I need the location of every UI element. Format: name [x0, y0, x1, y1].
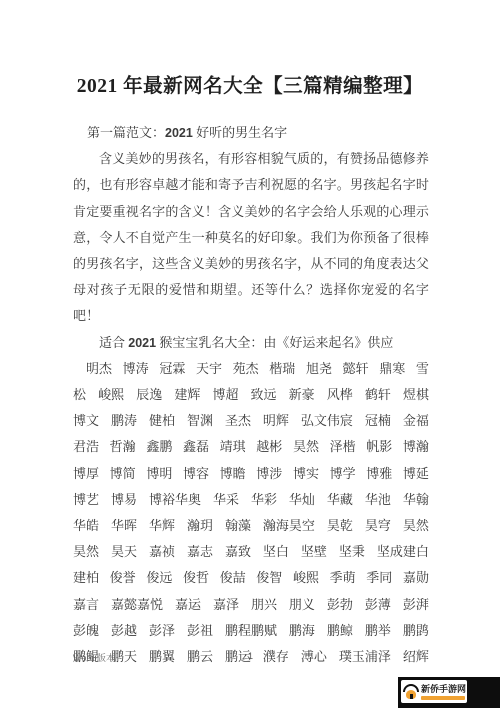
- name-item: 鑫磊: [183, 434, 209, 460]
- name-row: 博厚博简博明博容博瞻博涉博实博学博雅博延: [73, 461, 429, 487]
- name-item: 彭薄: [365, 592, 391, 618]
- name-item: 弘文伟宸: [301, 408, 353, 434]
- name-item: 坚白: [263, 539, 289, 565]
- name-item: 博涉: [256, 461, 282, 487]
- name-row: 嘉言嘉懿嘉悦嘉运嘉泽朋兴朋义彭勃彭薄彭湃: [73, 592, 429, 618]
- name-item: 博文: [73, 408, 99, 434]
- name-item: 华藏: [327, 487, 353, 513]
- name-item: 嘉运: [175, 592, 201, 618]
- name-item: 昊乾: [327, 513, 353, 539]
- name-item: 博容: [183, 461, 209, 487]
- name-item: 峻熙: [98, 382, 124, 408]
- name-item: 博简: [110, 461, 136, 487]
- name-item: 博涛: [123, 356, 149, 382]
- name-item: 明杰: [86, 356, 112, 382]
- name-item: 坚秉: [339, 539, 365, 565]
- name-item: 嘉志: [187, 539, 213, 565]
- name-row: 博文鹏涛健柏智渊圣杰明辉弘文伟宸冠楠金福: [73, 408, 429, 434]
- name-item: 嘉勋: [403, 565, 429, 591]
- section-heading: 第一篇范文：2021 好听的男生名字: [73, 120, 429, 146]
- supply-line-rest: 猴宝宝乳名大全：由《好运来起名》供应: [156, 335, 393, 350]
- name-row: 华皓华晖华辉瀚玥翰藻瀚海昊空昊乾昊穹昊然: [73, 513, 429, 539]
- name-row: 明杰博涛冠霖天宇苑杰楷瑞旭尧懿轩鼎寒雪: [73, 356, 429, 382]
- name-item: 俊哲: [183, 565, 209, 591]
- section-heading-rest: 好听的男生名字: [193, 125, 287, 140]
- site-watermark: 新侨手游网: [398, 677, 500, 708]
- name-item: 智渊: [187, 408, 213, 434]
- name-row: 君浩哲瀚鑫鹏鑫磊靖琪越彬昊然泽楷帆影博瀚: [73, 434, 429, 460]
- name-item: 苑杰: [233, 356, 259, 382]
- name-item: 彭泽: [149, 618, 175, 644]
- name-item: 健柏: [149, 408, 175, 434]
- name-item: 博学: [330, 461, 356, 487]
- name-item: 华灿: [289, 487, 315, 513]
- name-item: 嘉祯: [149, 539, 175, 565]
- name-item: 致远: [251, 382, 277, 408]
- name-item: 建柏: [73, 565, 99, 591]
- name-item: 博艺: [73, 487, 99, 513]
- intro-paragraph: 含义美妙的男孩名，有形容相貌气质的，有赞扬品德修养的，也有形容卓越才能和寄予吉利…: [73, 146, 429, 329]
- name-item: 博雅: [366, 461, 392, 487]
- name-list: 明杰博涛冠霖天宇苑杰楷瑞旭尧懿轩鼎寒雪松峻熙辰逸建辉博超致远新豪风桦鹤轩煜棋博文…: [73, 356, 429, 670]
- name-item: 冠楠: [365, 408, 391, 434]
- name-row: 昊然昊天嘉祯嘉志嘉致坚白坚壁坚秉坚成建白: [73, 539, 429, 565]
- name-item: 博延: [403, 461, 429, 487]
- name-row: 松峻熙辰逸建辉博超致远新豪风桦鹤轩煜棋: [73, 382, 429, 408]
- name-item: 华晖: [111, 513, 137, 539]
- name-item: 博易: [111, 487, 137, 513]
- document-title: 2021 年最新网名大全【三篇精编整理】: [0, 70, 500, 98]
- name-item: 嘉致: [225, 539, 251, 565]
- document-page: 2021 年最新网名大全【三篇精编整理】 第一篇范文：2021 好听的男生名字 …: [0, 0, 500, 708]
- name-item: 博瀚: [403, 434, 429, 460]
- section-heading-prefix: 第一篇范文：: [87, 125, 165, 140]
- name-item: 博厚: [73, 461, 99, 487]
- name-item: 风桦: [327, 382, 353, 408]
- name-item: 瀚海昊空: [263, 513, 315, 539]
- name-item: 昊然: [73, 539, 99, 565]
- name-item: 季同: [366, 565, 392, 591]
- name-item: 鹤轩: [365, 382, 391, 408]
- name-row: 建柏俊誉俊远俊哲俊喆俊智峻熙季萌季同嘉勋: [73, 565, 429, 591]
- name-item: 煜棋: [403, 382, 429, 408]
- section-heading-year: 2021: [165, 126, 193, 140]
- name-item: 鑫鹏: [146, 434, 172, 460]
- name-item: 帆影: [366, 434, 392, 460]
- name-item: 俊誉: [110, 565, 136, 591]
- name-item: 坚壁: [301, 539, 327, 565]
- name-item: 昊然: [293, 434, 319, 460]
- name-item: 雪: [416, 356, 429, 382]
- footer-page-number: 1: [73, 651, 428, 661]
- name-item: 天宇: [196, 356, 222, 382]
- name-item: 明辉: [263, 408, 289, 434]
- name-item: 泽楷: [330, 434, 356, 460]
- name-item: 俊喆: [220, 565, 246, 591]
- name-item: 懿轩: [343, 356, 369, 382]
- name-row: 彭魄彭越彭泽彭祖鹏程鹏赋鹏海鹏鲸鹏举鹏鹍: [73, 618, 429, 644]
- name-row: 博艺博易博裕华奥华采华彩华灿华藏华池华翰: [73, 487, 429, 513]
- site-tagline-bar: [421, 696, 465, 700]
- name-item: 华彩: [251, 487, 277, 513]
- name-item: 博瞻: [220, 461, 246, 487]
- name-item: 建辉: [174, 382, 200, 408]
- supply-line-year: 2021: [128, 336, 156, 350]
- site-name: 新侨手游网: [421, 684, 465, 695]
- name-item: 彭越: [111, 618, 137, 644]
- name-item: 博明: [146, 461, 172, 487]
- name-item: 瀚玥: [187, 513, 213, 539]
- name-item: 彭魄: [73, 618, 99, 644]
- name-item: 楷瑞: [269, 356, 295, 382]
- name-item: 华皓: [73, 513, 99, 539]
- name-item: 彭湃: [403, 592, 429, 618]
- name-item: 松: [73, 382, 86, 408]
- name-item: 坚成建白: [377, 539, 429, 565]
- supply-line-prefix: 适合: [99, 335, 128, 350]
- name-item: 华采: [213, 487, 239, 513]
- name-item: 鹏程鹏赋: [225, 618, 277, 644]
- name-item: 彭勃: [327, 592, 353, 618]
- name-item: 冠霖: [159, 356, 185, 382]
- name-item: 昊穹: [365, 513, 391, 539]
- name-item: 旭尧: [306, 356, 332, 382]
- name-item: 俊智: [256, 565, 282, 591]
- name-item: 昊天: [111, 539, 137, 565]
- name-item: 华翰: [403, 487, 429, 513]
- name-item: 博超: [212, 382, 238, 408]
- name-item: 鹏海: [289, 618, 315, 644]
- name-item: 新豪: [289, 382, 315, 408]
- name-item: 靖琪: [220, 434, 246, 460]
- name-item: 彭祖: [187, 618, 213, 644]
- name-item: 哲瀚: [110, 434, 136, 460]
- name-item: 圣杰: [225, 408, 251, 434]
- name-item: 辰逸: [136, 382, 162, 408]
- name-item: 季萌: [330, 565, 356, 591]
- site-watermark-card: 新侨手游网: [401, 680, 467, 703]
- name-item: 鹏鹍: [403, 618, 429, 644]
- name-item: 朋义: [289, 592, 315, 618]
- name-item: 鹏鲸: [327, 618, 353, 644]
- name-item: 华辉: [149, 513, 175, 539]
- name-item: 昊然: [403, 513, 429, 539]
- name-item: 博裕华奥: [149, 487, 201, 513]
- name-item: 朋兴: [251, 592, 277, 618]
- name-item: 嘉懿嘉悦: [111, 592, 163, 618]
- name-item: 鹏举: [365, 618, 391, 644]
- name-item: 翰藻: [225, 513, 251, 539]
- name-item: 博实: [293, 461, 319, 487]
- name-item: 金福: [403, 408, 429, 434]
- name-item: 俊远: [146, 565, 172, 591]
- name-item: 华池: [365, 487, 391, 513]
- name-item: 君浩: [73, 434, 99, 460]
- name-item: 嘉泽: [213, 592, 239, 618]
- document-body: 第一篇范文：2021 好听的男生名字 含义美妙的男孩名，有形容相貌气质的，有赞扬…: [73, 120, 429, 670]
- supply-line: 适合 2021 猴宝宝乳名大全：由《好运来起名》供应: [73, 330, 429, 356]
- name-item: 鼎寒: [379, 356, 405, 382]
- house-logo-icon: [403, 684, 419, 699]
- name-item: 鹏涛: [111, 408, 137, 434]
- name-item: 越彬: [256, 434, 282, 460]
- name-item: 嘉言: [73, 592, 99, 618]
- name-item: 峻熙: [293, 565, 319, 591]
